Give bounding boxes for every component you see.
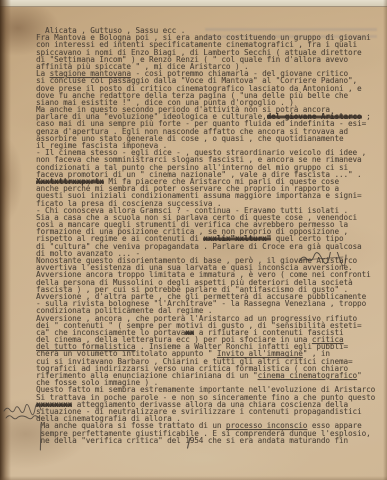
typed-line: ne della "verifica critica" del 1954 che… xyxy=(36,437,386,444)
page-top-edge xyxy=(0,0,387,7)
scanned-document-page: Alicata , Guttuso , Sassu ecc .Fra Manto… xyxy=(0,0,387,480)
page-bottom-edge xyxy=(0,476,387,480)
page-gutter-shadow xyxy=(0,0,11,480)
typed-text-block: Alicata , Guttuso , Sassu ecc .Fra Manto… xyxy=(36,27,386,444)
